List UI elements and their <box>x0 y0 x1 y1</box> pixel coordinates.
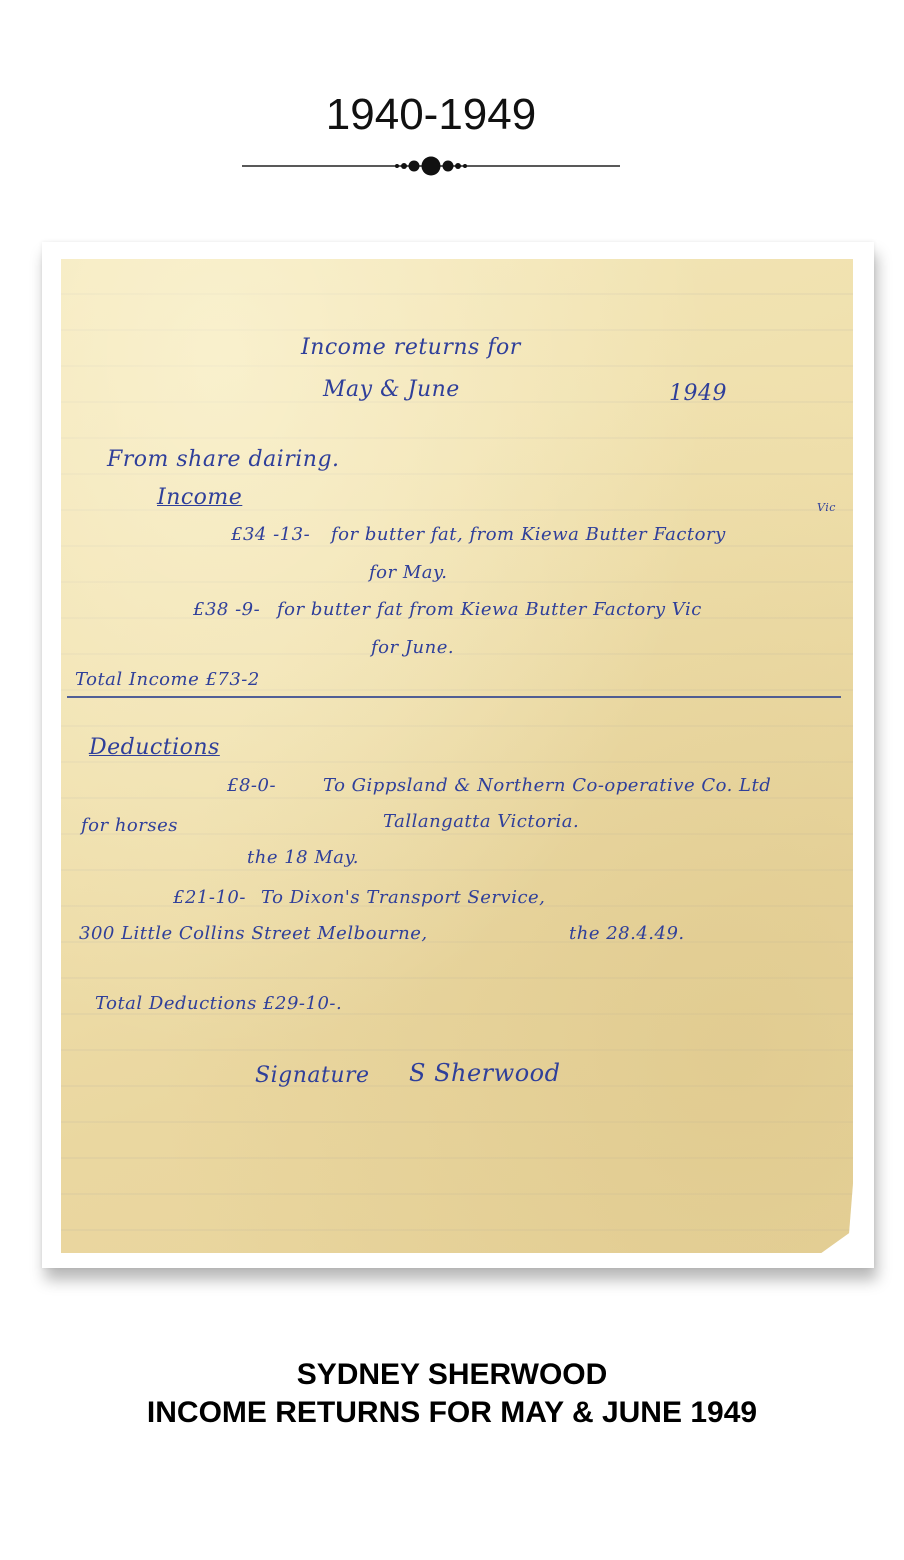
section-divider-line <box>67 696 841 698</box>
deduction-item-2-address: 300 Little Collins Street Melbourne, <box>79 923 428 944</box>
deduction-item-1-description: To Gippsland & Northern Co-operative Co.… <box>323 775 771 796</box>
total-deductions: Total Deductions £29-10-. <box>95 993 342 1014</box>
income-item-2-description: for butter fat from Kiewa Butter Factory… <box>277 599 702 620</box>
deductions-heading: Deductions <box>89 735 220 760</box>
signature: S Sherwood <box>409 1059 560 1087</box>
doc-source: From share dairing. <box>107 447 340 472</box>
caption-line1: SYDNEY SHERWOOD <box>0 1358 904 1392</box>
deduction-item-2-amount: £21-10- <box>173 887 246 908</box>
photo-frame: Income returns for May & June 1949 From … <box>42 242 874 1268</box>
deduction-item-1-location: Tallangatta Victoria. <box>383 811 579 832</box>
deduction-item-1-amount: £8-0- <box>227 775 276 796</box>
deduction-item-2-description: To Dixon's Transport Service, <box>261 887 545 908</box>
deduction-item-1-date: the 18 May. <box>247 847 359 868</box>
income-item-1-description: for butter fat, from Kiewa Butter Factor… <box>331 524 726 545</box>
income-return-document: Income returns for May & June 1949 From … <box>61 259 853 1253</box>
income-item-1-note: Vic <box>817 501 836 514</box>
income-item-1-period: for May. <box>369 562 448 583</box>
total-income: Total Income £73-2 <box>75 669 260 690</box>
income-item-1-amount: £34 -13- <box>231 524 310 545</box>
decade-heading: 1940-1949 <box>0 90 862 140</box>
doc-title-line2: May & June <box>323 377 460 402</box>
divider-ornament-icon <box>242 155 620 177</box>
deduction-item-1-purpose: for horses <box>81 815 178 836</box>
income-heading: Income <box>157 485 242 510</box>
deduction-item-2-date: the 28.4.49. <box>569 923 685 944</box>
income-item-2-period: for June. <box>371 637 454 658</box>
signature-label: Signature <box>255 1063 370 1088</box>
caption-line2: INCOME RETURNS FOR MAY & JUNE 1949 <box>0 1396 904 1430</box>
income-item-2-amount: £38 -9- <box>193 599 260 620</box>
doc-title-line1: Income returns for <box>301 335 521 360</box>
doc-title-year: 1949 <box>669 381 727 406</box>
